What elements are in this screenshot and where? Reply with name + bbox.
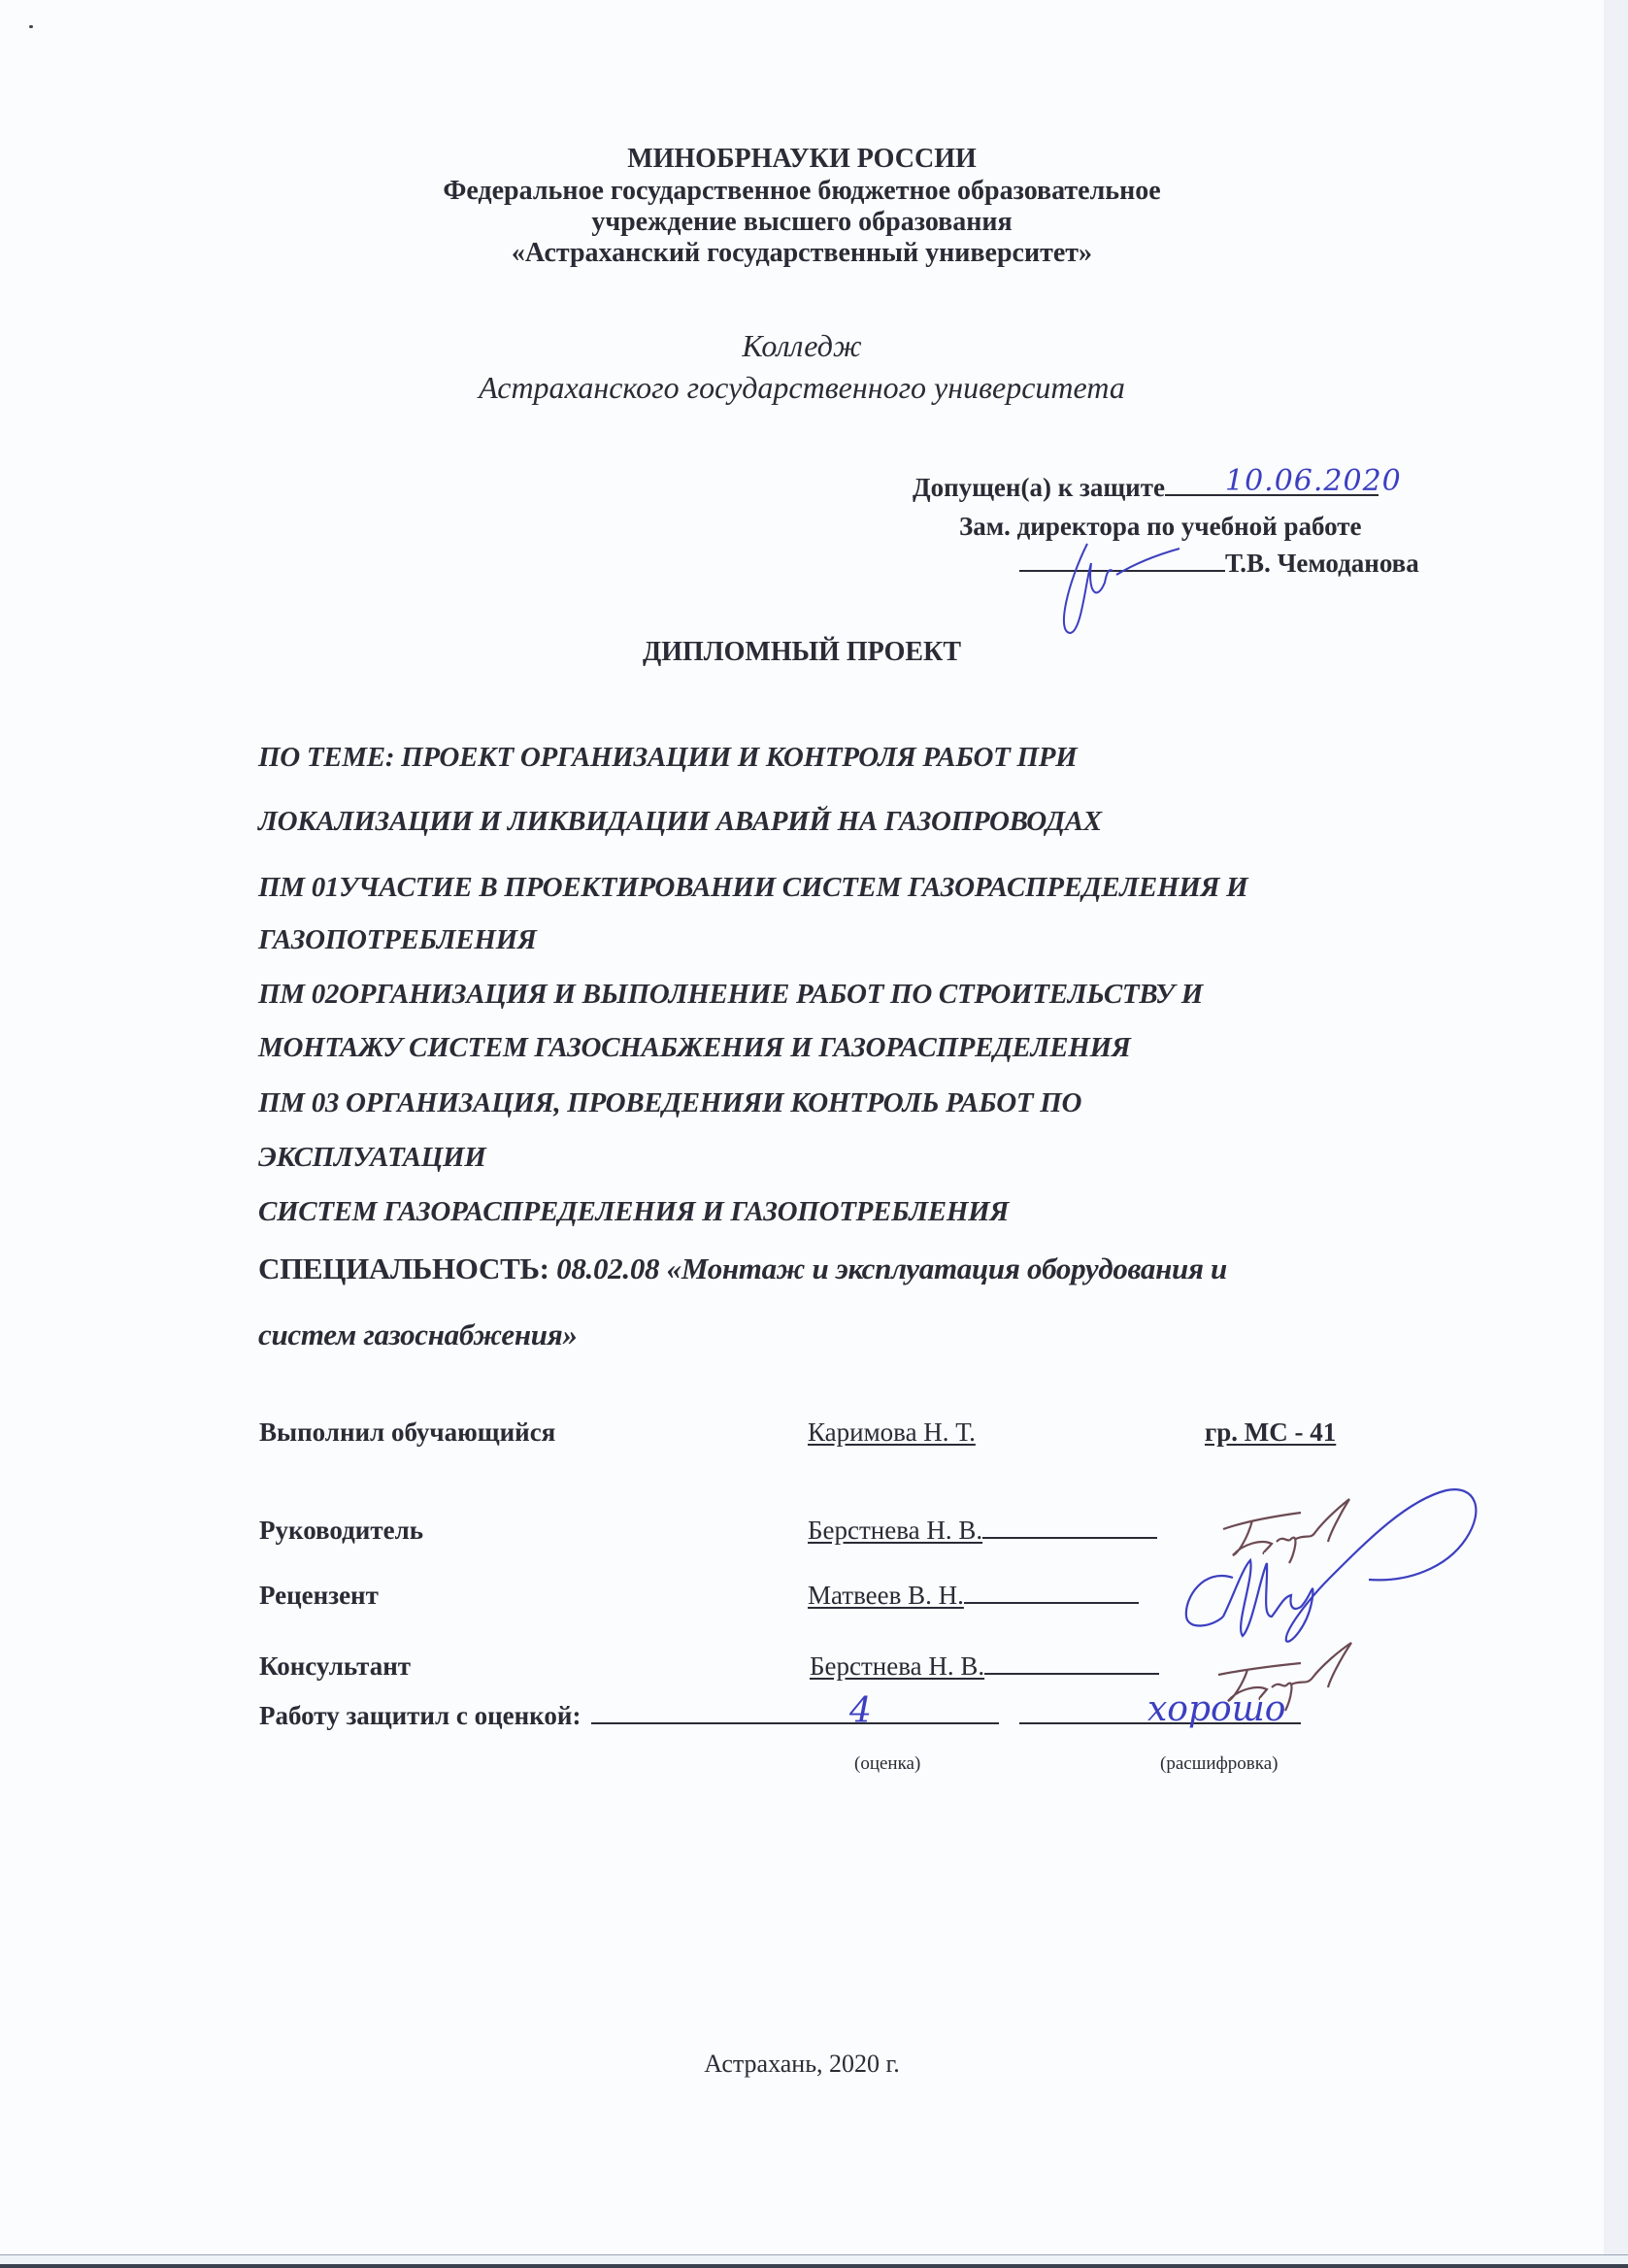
scan-speck <box>29 25 33 28</box>
topic-line-9: СИСТЕМ ГАЗОРАСПРЕДЕЛЕНИЯ И ГАЗОПОТРЕБЛЕН… <box>258 1196 1009 1228</box>
specialty-value-line-1: 08.02.08 «Монтаж и эксплуатация оборудов… <box>556 1251 1227 1285</box>
performer-name: Каримова Н. Т. <box>808 1417 976 1448</box>
specialty-label: СПЕЦИАЛЬНОСТЬ: <box>258 1251 549 1285</box>
reviewer-name: Матвеев В. Н. <box>808 1581 964 1610</box>
college-line-1: Колледж <box>0 328 1604 364</box>
specialty-value-line-2: систем газоснабжения» <box>258 1317 578 1352</box>
city-year: Астрахань, 2020 г. <box>0 2050 1604 2079</box>
document-type: ДИПЛОМНЫЙ ПРОЕКТ <box>0 637 1604 668</box>
institution-line-2: учреждение высшего образования <box>0 207 1604 238</box>
specialty: СПЕЦИАЛЬНОСТЬ: 08.02.08 «Монтаж и эксплу… <box>258 1251 1227 1286</box>
handwritten-grade: 4 <box>849 1691 872 1731</box>
grade-text-caption: (расшифровка) <box>1160 1753 1278 1775</box>
topic-line-2: ЛОКАЛИЗАЦИИ И ЛИКВИДАЦИИ АВАРИЙ НА ГАЗОП… <box>258 806 1102 838</box>
scanner-edge <box>0 2264 1628 2268</box>
topic-line-5: ПМ 02ОРГАНИЗАЦИЯ И ВЫПОЛНЕНИЕ РАБОТ ПО С… <box>258 979 1203 1011</box>
supervisor-row: Берстнева Н. В. <box>808 1516 1157 1546</box>
grade-caption: (оценка) <box>854 1753 920 1775</box>
reviewer-row: Матвеев В. Н. <box>808 1581 1139 1611</box>
topic-line-7: ПМ 03 ОРГАНИЗАЦИЯ, ПРОВЕДЕНИЯИ КОНТРОЛЬ … <box>258 1087 1081 1119</box>
approver-signature <box>1048 524 1243 641</box>
consultant-signature-blank <box>984 1671 1159 1675</box>
college-line-2: Астраханского государственного университ… <box>0 370 1604 406</box>
scan-margin-right <box>1604 0 1628 2254</box>
admitted-label: Допущен(а) к защите <box>913 473 1165 502</box>
institution-line-1: Федеральное государственное бюджетное об… <box>0 176 1604 207</box>
university-name: «Астраханский государственный университе… <box>0 238 1604 269</box>
consultant-label: Консультант <box>259 1651 411 1682</box>
topic-line-1: ПО ТЕМЕ: ПРОЕКТ ОРГАНИЗАЦИИ И КОНТРОЛЯ Р… <box>258 742 1077 774</box>
supervisor-label: Руководитель <box>259 1516 423 1546</box>
approver-name: Т.В. Чемоданова <box>1225 549 1419 578</box>
topic-line-3: ПМ 01УЧАСТИЕ В ПРОЕКТИРОВАНИИ СИСТЕМ ГАЗ… <box>258 872 1247 904</box>
consultant-row: Берстнева Н. В. <box>810 1651 1159 1682</box>
supervisor-signature-blank <box>982 1535 1157 1539</box>
consultant-name: Берстнева Н. В. <box>810 1651 984 1681</box>
grade-blank <box>591 1720 999 1724</box>
reviewer-signature-blank <box>964 1600 1139 1604</box>
topic-line-6: МОНТАЖУ СИСТЕМ ГАЗОСНАБЖЕНИЯ И ГАЗОРАСПР… <box>258 1032 1131 1064</box>
performer-label: Выполнил обучающийся <box>259 1417 555 1448</box>
grade-label: Работу защитил с оценкой: <box>259 1701 581 1730</box>
handwritten-grade-text: хорошо <box>1147 1689 1285 1729</box>
supervisor-name: Берстнева Н. В. <box>808 1516 982 1545</box>
handwritten-date: 10.06.2020 <box>1225 464 1402 498</box>
ministry-heading: МИНОБРНАУКИ РОССИИ <box>0 144 1604 175</box>
topic-line-4: ГАЗОПОТРЕБЛЕНИЯ <box>258 924 537 956</box>
grade-row: Работу защитил с оценкой: <box>259 1701 1301 1731</box>
student-group: гр. МС - 41 <box>1205 1417 1336 1448</box>
topic-line-8: ЭКСПЛУАТАЦИИ <box>258 1142 486 1174</box>
reviewer-signature <box>1175 1471 1544 1655</box>
reviewer-label: Рецензент <box>259 1581 379 1611</box>
